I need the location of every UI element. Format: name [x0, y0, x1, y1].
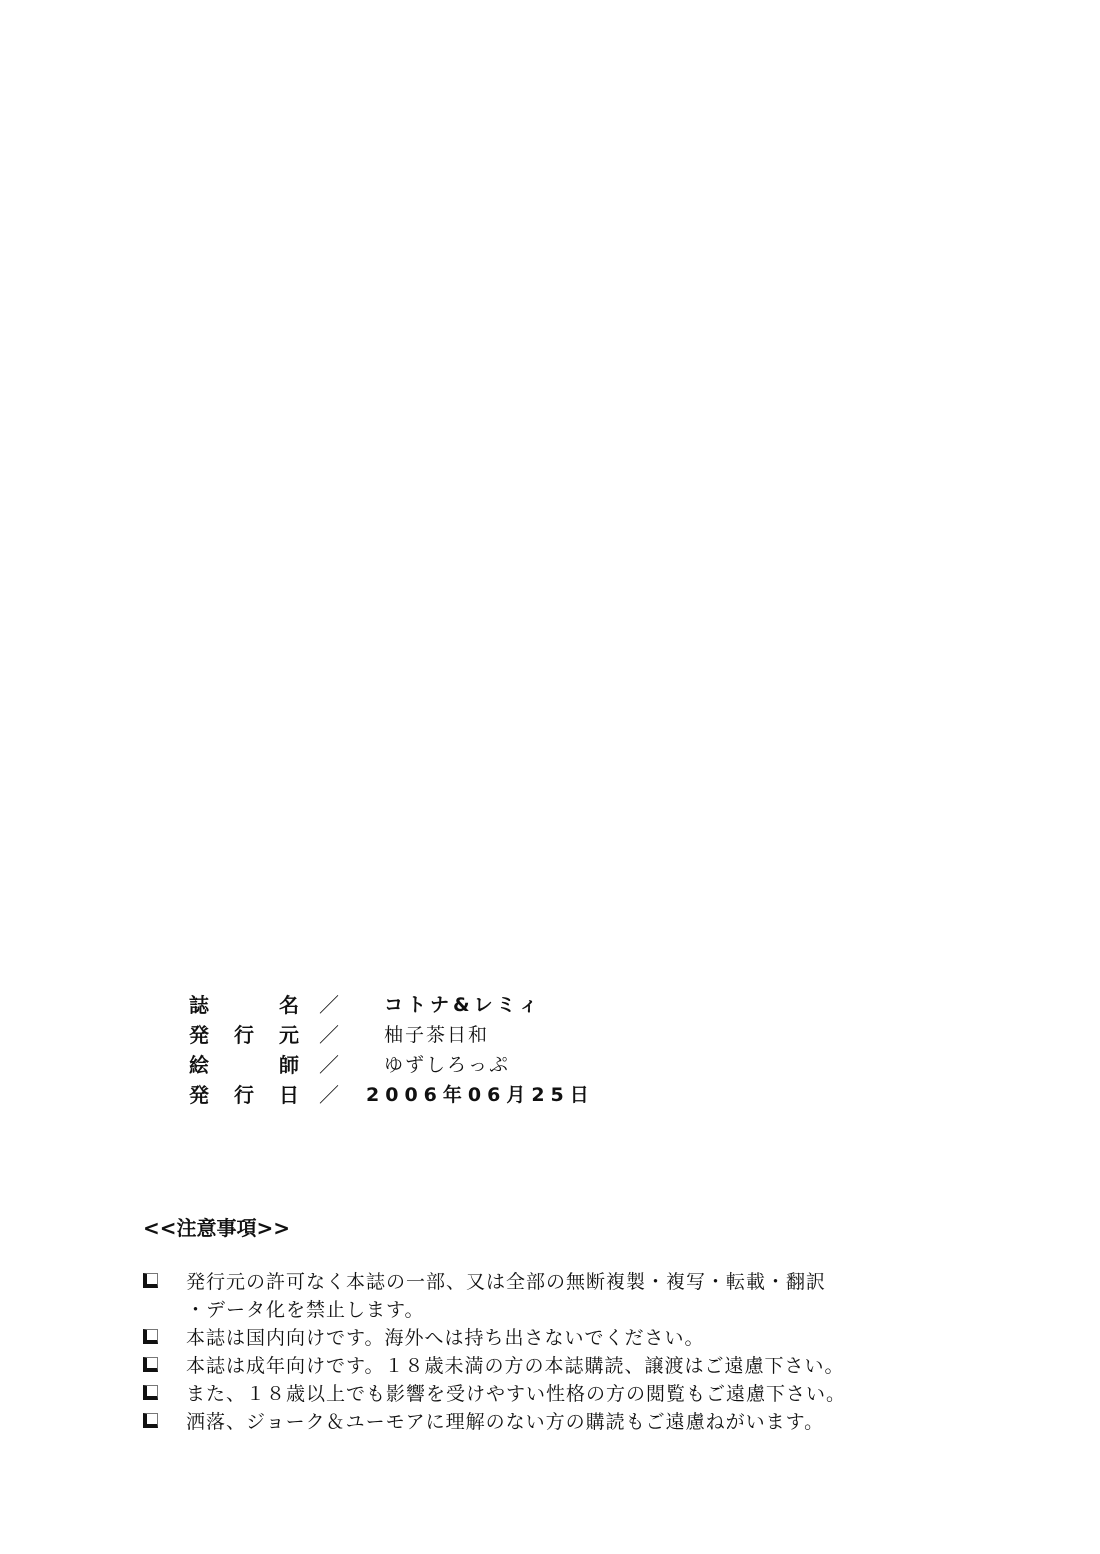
label-char: 発 [188, 1079, 210, 1108]
label-char: 行 [233, 1019, 255, 1048]
colophon-row-artist: 絵 師 ／ ゆずしろっぷ [188, 1048, 595, 1078]
colophon-label: 誌 名 [188, 989, 300, 1018]
label-char: 絵 [188, 1049, 210, 1078]
colophon-label: 発 行 元 [188, 1019, 300, 1048]
label-char: 師 [278, 1049, 300, 1078]
artist-value: ゆずしろっぷ [384, 1050, 510, 1077]
label-char: 名 [278, 989, 300, 1018]
notice-text: 本誌は成年向けです。１８歳未満の方の本誌購読、譲渡はご遠慮下さい。 [186, 1352, 844, 1380]
label-char [233, 989, 255, 1018]
notice-text: また、１８歳以上でも影響を受けやすい性格の方の閲覧もご遠慮下さい。 [186, 1380, 846, 1408]
notice-item: 本誌は成年向けです。１８歳未満の方の本誌購読、譲渡はご遠慮下さい。 [143, 1352, 846, 1380]
publisher-value: 柚子茶日和 [384, 1020, 489, 1047]
notice-list: 発行元の許可なく本誌の一部、又は全部の無断複製・複写・転載・翻訳 ・データ化を禁… [143, 1268, 846, 1436]
notice-item: 発行元の許可なく本誌の一部、又は全部の無断複製・複写・転載・翻訳 ・データ化を禁… [143, 1268, 846, 1324]
notice-text: 発行元の許可なく本誌の一部、又は全部の無断複製・複写・転載・翻訳 [186, 1271, 826, 1293]
colophon: 誌 名 ／ コトナ&レミィ 発 行 元 ／ 柚子茶日和 絵 師 ／ ゆずしろっぷ… [188, 988, 595, 1108]
title-value: コトナ&レミィ [384, 990, 542, 1017]
notice-item: 洒落、ジョーク＆ユーモアに理解のない方の購読もご遠慮ねがいます。 [143, 1408, 846, 1436]
separator: ／ [314, 989, 344, 1018]
checkbox-icon [143, 1273, 158, 1288]
separator: ／ [314, 1019, 344, 1048]
colophon-label: 発 行 日 [188, 1079, 300, 1108]
notice-text: 洒落、ジョーク＆ユーモアに理解のない方の購読もご遠慮ねがいます。 [186, 1408, 824, 1436]
notice-heading: <<注意事項>> [143, 1212, 290, 1241]
label-char: 誌 [188, 989, 210, 1018]
label-char [233, 1049, 255, 1078]
colophon-row-date: 発 行 日 ／ 2006年06月25日 [188, 1078, 595, 1108]
notice-text-continuation: ・データ化を禁止します。 [186, 1296, 826, 1324]
label-char: 元 [278, 1019, 300, 1048]
separator: ／ [314, 1079, 344, 1108]
notice-item: 本誌は国内向けです。海外へは持ち出さないでください。 [143, 1324, 846, 1352]
colophon-label: 絵 師 [188, 1049, 300, 1078]
separator: ／ [314, 1049, 344, 1078]
notice-text: 本誌は国内向けです。海外へは持ち出さないでください。 [186, 1324, 704, 1352]
checkbox-icon [143, 1413, 158, 1428]
colophon-row-title: 誌 名 ／ コトナ&レミィ [188, 988, 595, 1018]
checkbox-icon [143, 1357, 158, 1372]
label-char: 発 [188, 1019, 210, 1048]
checkbox-icon [143, 1329, 158, 1344]
publish-date-value: 2006年06月25日 [366, 1080, 595, 1107]
checkbox-icon [143, 1385, 158, 1400]
label-char: 日 [278, 1079, 300, 1108]
label-char: 行 [233, 1079, 255, 1108]
colophon-row-publisher: 発 行 元 ／ 柚子茶日和 [188, 1018, 595, 1048]
notice-item: また、１８歳以上でも影響を受けやすい性格の方の閲覧もご遠慮下さい。 [143, 1380, 846, 1408]
